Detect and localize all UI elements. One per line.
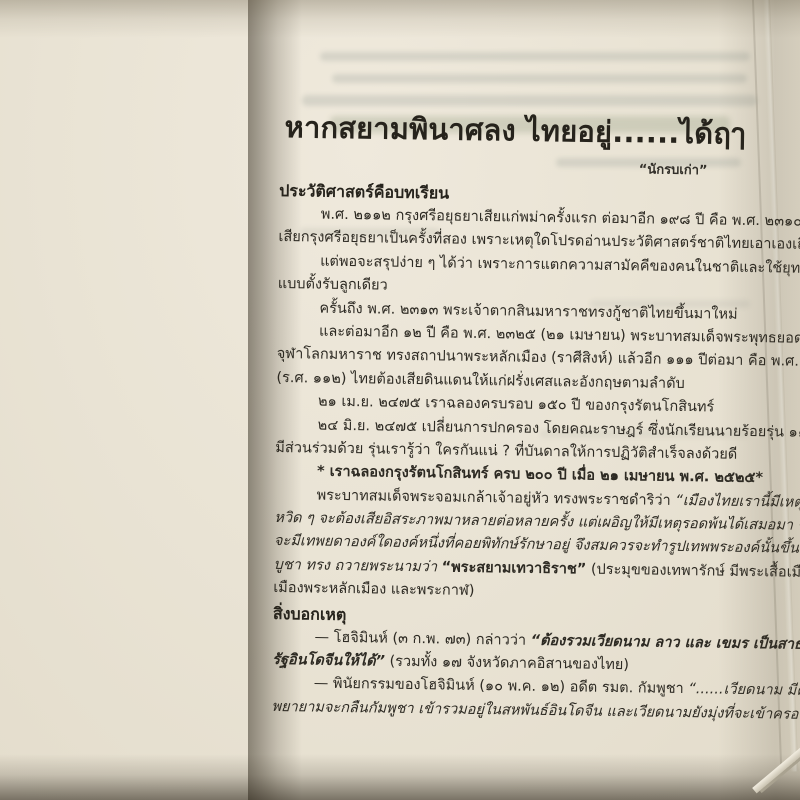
body-line-segment: รัฐอินโดจีนให้ได้”	[272, 652, 385, 670]
right-page: หากสยามพินาศลง ไทยอยู่......ได้ฤๅ “นักรบ…	[0, 0, 800, 800]
byline: “นักรบเก่า”	[279, 156, 749, 181]
body-lines-1: พ.ศ. ๒๑๑๒ กรุงศรีอยุธยาเสียแก่พม่าครั้งแ…	[273, 203, 749, 608]
body-line-segment: บูชา ทรง ถวายพระนามว่า	[274, 557, 442, 575]
body-line-segment: — พินัยกรรมของโฮจิมินห์ (๑๐ พ.ค. ๑๒) อดี…	[314, 676, 689, 698]
body-line-segment: พระบาทสมเด็จพระจอมเกล้าเจ้าอยู่หัว ทรงพร…	[317, 487, 676, 508]
body-line-segment: “......เวียดนาม มีความ	[688, 682, 800, 700]
body-line-segment: — โฮจิมินห์ (๓ ก.พ. ๗๓) กล่าวว่า	[314, 629, 530, 648]
page-bottom-shade	[0, 754, 800, 800]
book-photo-scene: หากสยามพินาศลง ไทยอยู่......ได้ฤๅ “นักรบ…	[0, 0, 800, 800]
body-line-segment: “ต้องรวมเวียดนาม ลาว และ เขมร เป็นสาธารณ…	[531, 632, 800, 653]
page-text: หากสยามพินาศลง ไทยอยู่......ได้ฤๅ “นักรบ…	[271, 0, 752, 726]
body-lines-2: — โฮจิมินห์ (๓ ก.พ. ๗๓) กล่าวว่า “ต้องรว…	[271, 626, 742, 727]
body-line-segment: “พระสยามเทวาธิราช”	[442, 559, 587, 577]
body-line-segment: “เมืองไทยเรานี้มีเหตุการณ์	[675, 493, 800, 511]
page-title: หากสยามพินาศลง ไทยอยู่......ได้ฤๅ	[280, 106, 751, 155]
body-line-segment: (รวมทั้ง ๑๗ จังหวัดภาคอิสานของไทย)	[385, 654, 629, 674]
body-line-segment: (ประมุขของเทพารักษ์ มีพระเสื้อเมือง พระท…	[586, 561, 800, 581]
